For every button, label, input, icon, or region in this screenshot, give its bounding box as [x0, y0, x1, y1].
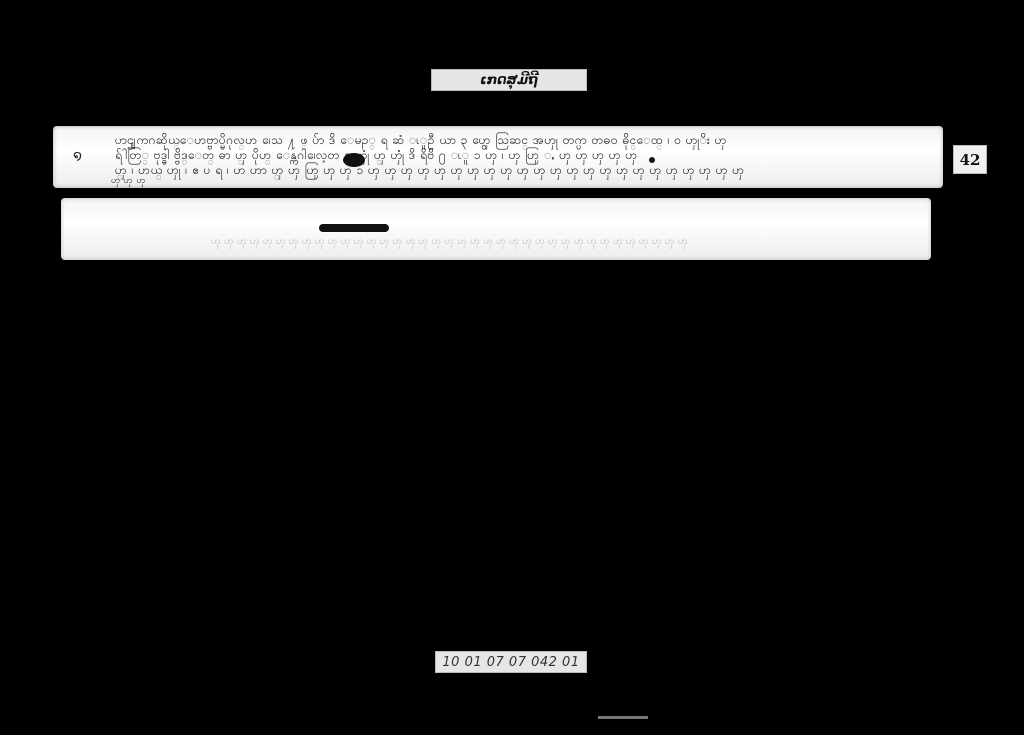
archive-id-label: 10 01 07 07 042 01 — [435, 651, 587, 673]
manuscript-title-label: ເກດສຸມີຖີ — [431, 69, 587, 91]
bottom-artifact — [598, 716, 648, 719]
string-hole-left — [343, 153, 365, 167]
ink-streak — [319, 224, 389, 232]
script-line-4: ၯ ၯ ၯ — [111, 175, 903, 188]
faint-script: ၯ ၯ ၯ ၯ ၯ ၯ ၯ ၯ ၯ ၯ ၯ ၯ ၯ ၯ ၯ ၯ ၯ ၯ ၯ ၯ … — [211, 234, 911, 249]
folio-mark: ໑ — [73, 148, 82, 164]
palm-leaf-verso: ၯ ၯ ၯ ၯ ၯ ၯ ၯ ၯ ၯ ၯ ၯ ၯ ၯ ၯ ၯ ၯ ၯ ၯ ၯ ၯ … — [61, 198, 931, 260]
palm-leaf-recto: ໑ ပာဌျကဂဆိုယ္ေဟဗ္ဗာပ္မိဂုလ္ဟ ၊ေသ ႔ ဖ္ ပ်… — [53, 126, 943, 188]
string-hole-right — [649, 157, 655, 163]
page-number-badge: 42 — [953, 145, 987, 174]
